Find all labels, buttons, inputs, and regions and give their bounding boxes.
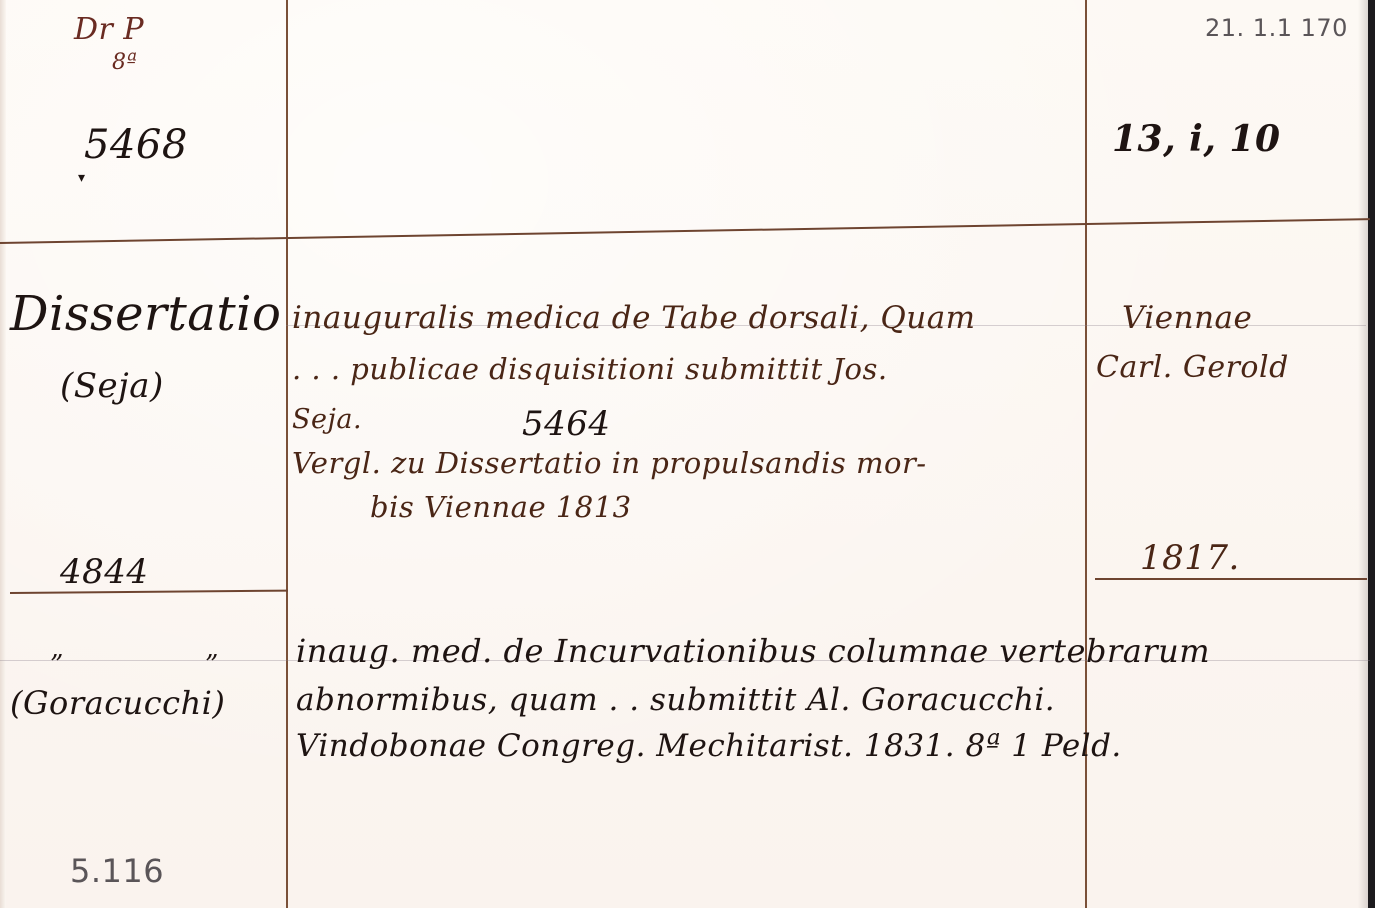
catalog-card: Dr P 8ª 5468 ▾ 21. 1.1 170 13, i, 10 Dis… bbox=[0, 0, 1375, 908]
right-entry-rule bbox=[1095, 578, 1367, 580]
related-line-2: bis Viennae 1813 bbox=[370, 490, 632, 524]
shelf-mark-dot: ▾ bbox=[78, 170, 86, 186]
imprint-publisher: Carl. Gerold bbox=[1096, 350, 1289, 385]
related-line-1: Vergl. zu Dissertatio in propulsandis mo… bbox=[292, 446, 927, 480]
title-line-2: . . . publicae disquisitioni submittit J… bbox=[292, 352, 888, 386]
entry2-author: (Goracucchi) bbox=[10, 684, 225, 722]
entry2-line-1: inaug. med. de Incurvationibus columnae … bbox=[296, 632, 1210, 670]
entry-author: (Seja) bbox=[60, 366, 164, 406]
title-line-1: inauguralis medica de Tabe dorsali, Quam bbox=[292, 300, 976, 336]
pencil-number-bottom: 5.116 bbox=[70, 852, 164, 890]
location-number: 13, i, 10 bbox=[1112, 118, 1281, 160]
pencil-accession-number: 21. 1.1 170 bbox=[1205, 14, 1348, 42]
card-edge-shadow bbox=[1358, 0, 1368, 908]
ditto-mark-1: ” bbox=[50, 650, 64, 680]
imprint-place: Viennae bbox=[1122, 300, 1252, 336]
related-number: 5464 bbox=[522, 404, 611, 444]
ditto-mark-2: ” bbox=[205, 650, 219, 680]
column-rule-left bbox=[286, 0, 288, 908]
title-line-3: Seja. bbox=[292, 404, 362, 435]
left-number: 4844 bbox=[60, 552, 149, 592]
entry2-line-3: Vindobonae Congreg. Mechitarist. 1831. 8… bbox=[296, 728, 1122, 764]
format-mark: Dr P bbox=[74, 12, 144, 47]
shelf-number: 5468 bbox=[84, 122, 188, 168]
card-right-edge bbox=[1368, 0, 1375, 908]
entry2-line-2: abnormibus, quam . . submittit Al. Gorac… bbox=[296, 682, 1055, 718]
card-left-edge bbox=[0, 0, 6, 908]
header-rule bbox=[0, 218, 1370, 244]
column-rule-right bbox=[1085, 0, 1087, 908]
imprint-year: 1817. bbox=[1140, 538, 1240, 578]
format-sub: 8ª bbox=[112, 50, 137, 75]
entry-heading: Dissertatio bbox=[10, 286, 281, 342]
